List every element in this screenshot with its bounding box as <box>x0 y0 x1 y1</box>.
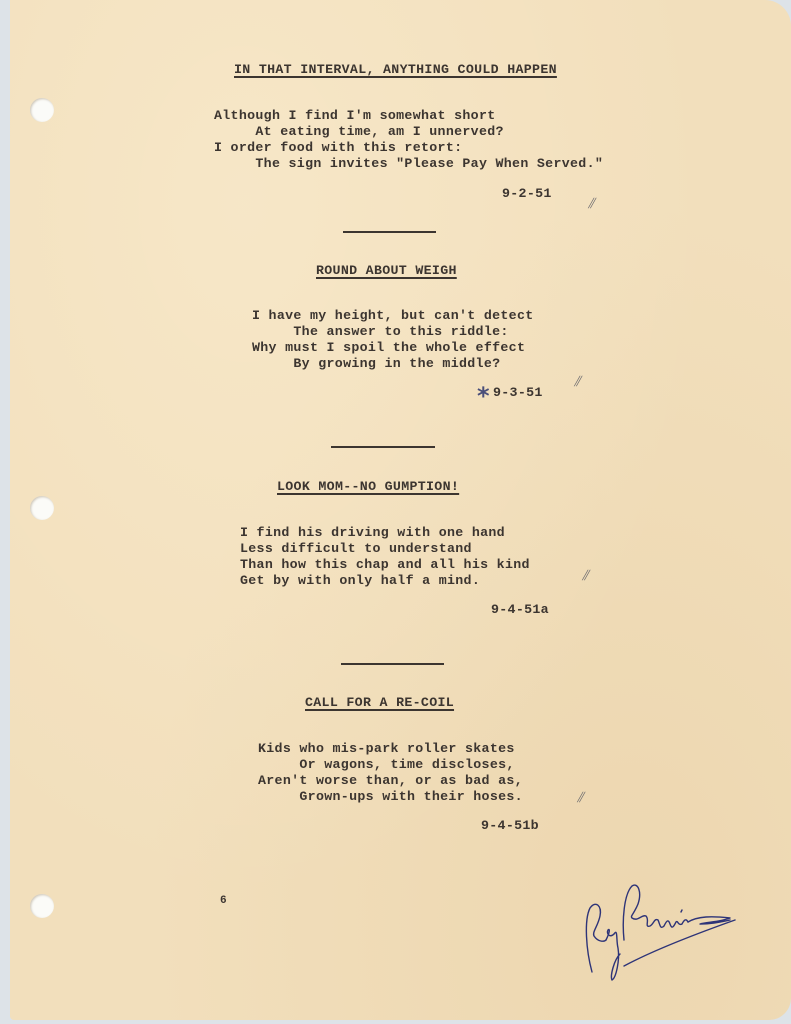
poem-3-date: 9-4-51a <box>491 602 549 618</box>
section-divider-3 <box>341 663 444 665</box>
poem-2-line-1: I have my height, but can't detect <box>252 308 534 324</box>
margin-check-mark-4: ⫽ <box>577 790 583 806</box>
margin-check-mark-1: ⫽ <box>588 196 594 212</box>
page-number: 6 <box>220 893 227 909</box>
poem-2-title: ROUND ABOUT WEIGH <box>316 263 457 279</box>
poem-3-line-2: Less difficult to understand <box>240 541 472 557</box>
margin-check-mark-2: ⫽ <box>574 374 580 390</box>
poem-1-title: IN THAT INTERVAL, ANYTHING COULD HAPPEN <box>234 62 557 78</box>
poem-4-line-3: Aren't worse than, or as bad as, <box>258 773 523 789</box>
section-divider-2 <box>331 446 435 448</box>
handwritten-asterisk-icon: * <box>477 384 490 408</box>
poem-2-line-3: Why must I spoil the whole effect <box>252 340 525 356</box>
poem-2-line-2: The answer to this riddle: <box>252 324 509 340</box>
poem-4-title: CALL FOR A RE-COIL <box>305 695 454 711</box>
poem-4-line-4: Grown-ups with their hoses. <box>258 789 523 805</box>
margin-check-mark-3: ⫽ <box>582 568 588 584</box>
poem-1-line-3: I order food with this retort: <box>214 140 462 156</box>
punch-hole-top <box>30 98 54 122</box>
poem-1-line-2: At eating time, am I unnerved? <box>214 124 504 140</box>
poem-1-date: 9-2-51 <box>502 186 552 202</box>
poem-2-line-4: By growing in the middle? <box>252 356 500 372</box>
poem-4-date: 9-4-51b <box>481 818 539 834</box>
poem-4-line-2: Or wagons, time discloses, <box>258 757 515 773</box>
punch-hole-middle <box>30 496 54 520</box>
poem-4-line-1: Kids who mis-park roller skates <box>258 741 515 757</box>
poem-3-line-3: Than how this chap and all his kind <box>240 557 530 573</box>
poem-3-line-4: Get by with only half a mind. <box>240 573 480 589</box>
punch-hole-bottom <box>30 894 54 918</box>
section-divider-1 <box>343 231 436 233</box>
poem-1-line-4: The sign invites "Please Pay When Served… <box>214 156 603 172</box>
poem-3-line-1: I find his driving with one hand <box>240 525 505 541</box>
signature-ray-romine <box>580 880 750 990</box>
poem-3-title: LOOK MOM--NO GUMPTION! <box>277 479 459 495</box>
poem-2-date: 9-3-51 <box>493 385 543 401</box>
poem-1-line-1: Although I find I'm somewhat short <box>214 108 496 124</box>
